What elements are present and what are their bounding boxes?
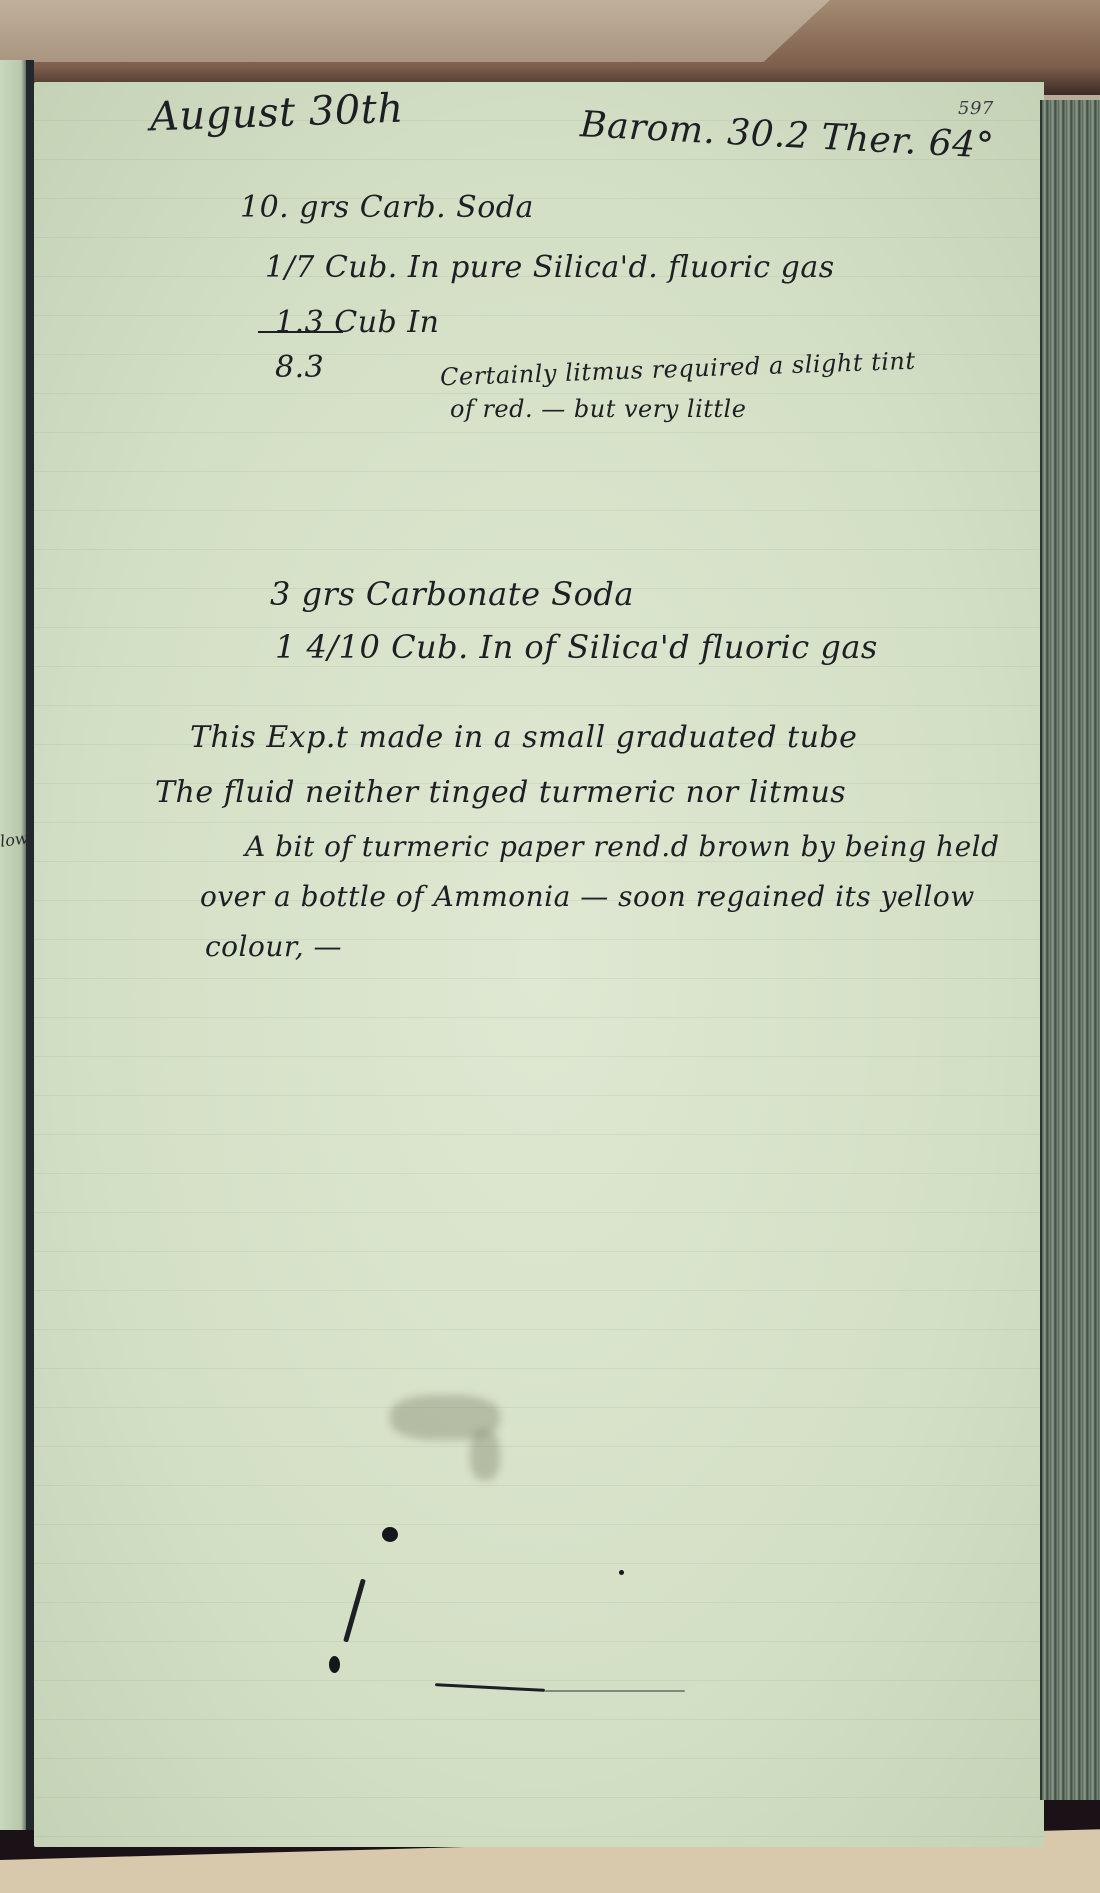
sum-rule (258, 331, 343, 333)
observation-line: colour, — (205, 930, 342, 963)
page-block-edges (1040, 100, 1100, 1800)
page-number: 597 (958, 98, 994, 119)
entry1-line: 1/7 Cub. In pure Silica'd. fluoric gas (265, 250, 835, 285)
book-gutter (26, 60, 34, 1830)
entry-date: August 30th (149, 86, 404, 141)
stain-smudge (470, 1430, 500, 1480)
observation-line: over a bottle of Ammonia — soon regained… (200, 880, 975, 913)
ink-blot (329, 1656, 340, 1673)
observation-line: A bit of turmeric paper rend.d brown by … (245, 830, 1000, 863)
ink-dot (619, 1570, 624, 1575)
observation-line: This Exp.t made in a small graduated tub… (190, 720, 857, 755)
entry2-line: 3 grs Carbonate Soda (270, 575, 634, 613)
book-cover-flap (0, 0, 830, 62)
observation-line: The fluid neither tinged turmeric nor li… (155, 775, 846, 810)
faint-ink-stroke (545, 1690, 685, 1692)
ink-blot (382, 1527, 398, 1542)
entry1-line: 1.3 Cub In (275, 305, 439, 340)
entry1-note: of red. — but very little (450, 395, 746, 423)
entry1-line: 10. grs Carb. Soda (240, 190, 534, 225)
entry2-line: 1 4/10 Cub. In of Silica'd fluoric gas (275, 628, 878, 666)
entry1-total: 8.3 (275, 350, 324, 385)
